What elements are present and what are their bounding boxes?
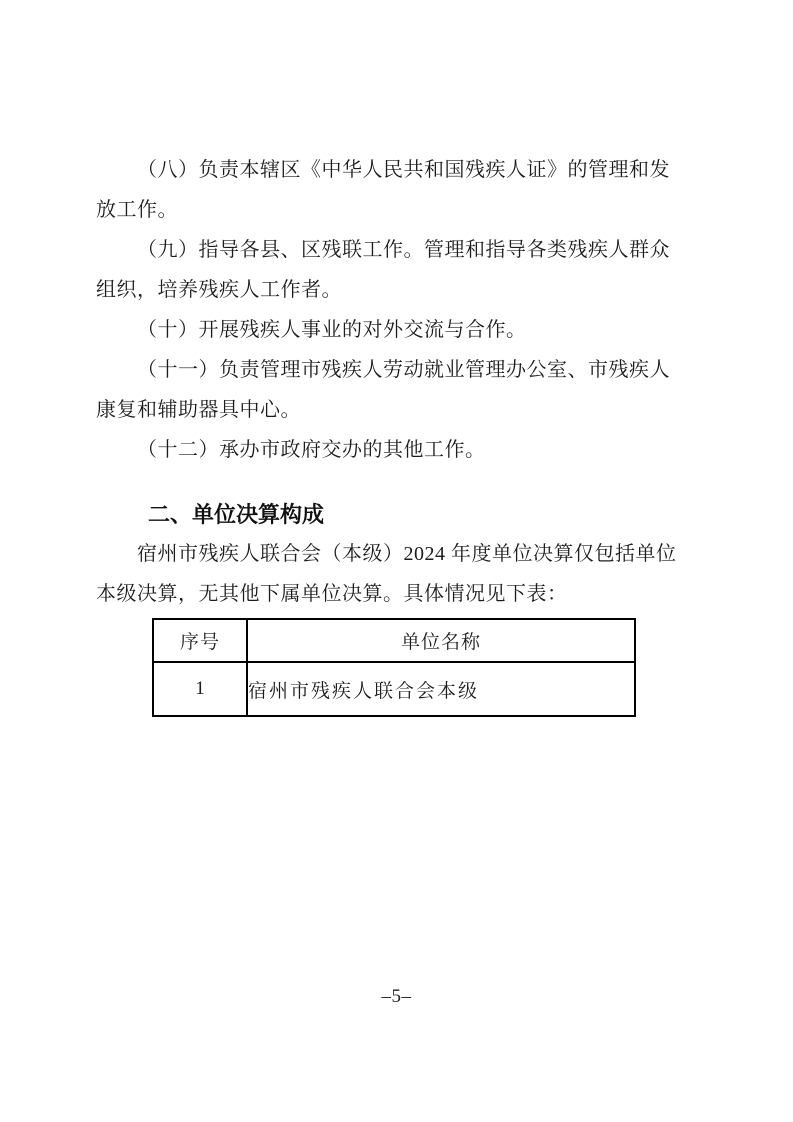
table-header-index: 序号: [153, 619, 247, 662]
table-cell-index: 1: [153, 662, 247, 716]
paragraph-10-line-1: （十）开展残疾人事业的对外交流与合作。: [96, 310, 688, 350]
paragraph-11-line-2: 康复和辅助器具中心。: [96, 390, 688, 430]
paragraph-11-line-1: （十一）负责管理市残疾人劳动就业管理办公室、市残疾人: [96, 350, 688, 390]
section-intro: 宿州市残疾人联合会（本级）2024 年度单位决算仅包括单位 本级决算，无其他下属…: [96, 534, 688, 614]
page-number: –5–: [0, 986, 793, 1008]
section-intro-line-1: 宿州市残疾人联合会（本级）2024 年度单位决算仅包括单位: [96, 534, 688, 574]
table-header-row: 序号 单位名称: [153, 619, 635, 662]
section-intro-line-2: 本级决算，无其他下属单位决算。具体情况见下表：: [96, 574, 688, 614]
table-row: 1 宿州市残疾人联合会本级: [153, 662, 635, 716]
duties-paragraphs: （八）负责本辖区《中华人民共和国残疾人证》的管理和发 放工作。 （九）指导各县、…: [96, 150, 688, 470]
unit-composition-table: 序号 单位名称 1 宿州市残疾人联合会本级: [152, 618, 636, 717]
paragraph-9-line-1: （九）指导各县、区残联工作。管理和指导各类残疾人群众: [96, 230, 688, 270]
paragraph-8-line-2: 放工作。: [96, 190, 688, 230]
paragraph-8-line-1: （八）负责本辖区《中华人民共和国残疾人证》的管理和发: [96, 150, 688, 190]
section-heading: 二、单位决算构成: [148, 496, 688, 534]
table-header-unit-name: 单位名称: [247, 619, 635, 662]
table-cell-unit-name: 宿州市残疾人联合会本级: [247, 662, 635, 716]
paragraph-9-line-2: 组织，培养残疾人工作者。: [96, 270, 688, 310]
document-page: （八）负责本辖区《中华人民共和国残疾人证》的管理和发 放工作。 （九）指导各县、…: [0, 0, 793, 1122]
paragraph-12-line-1: （十二）承办市政府交办的其他工作。: [96, 430, 688, 470]
document-content: （八）负责本辖区《中华人民共和国残疾人证》的管理和发 放工作。 （九）指导各县、…: [96, 150, 688, 717]
